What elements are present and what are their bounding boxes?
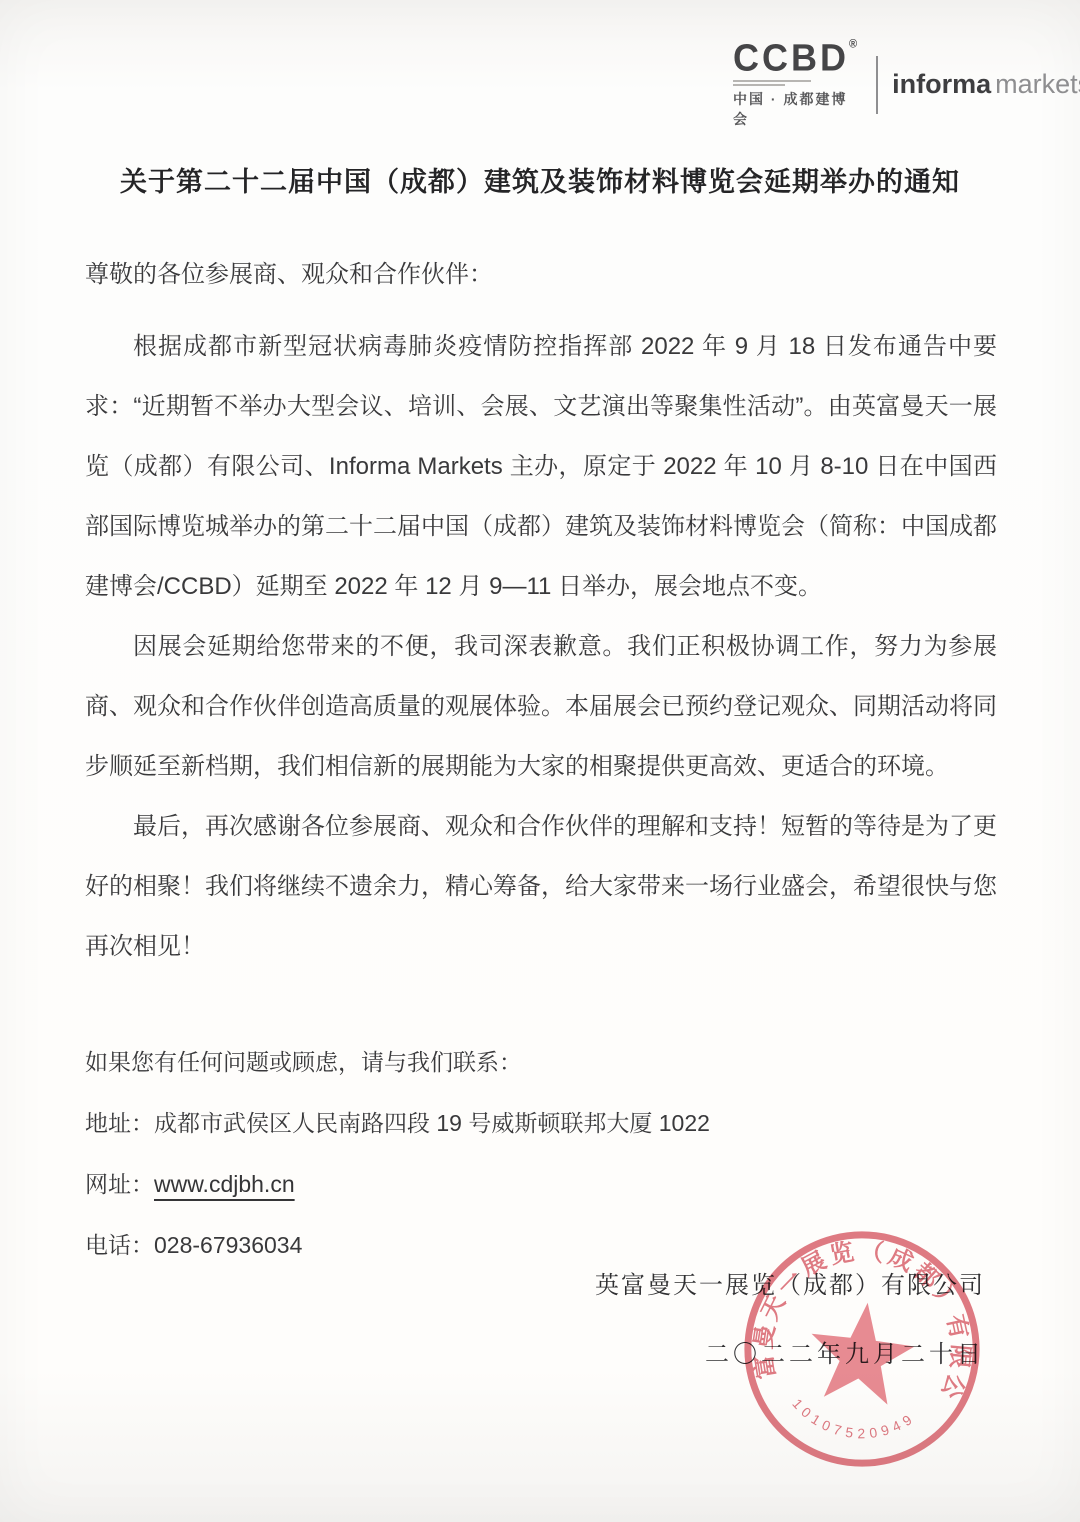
website-link[interactable]: www.cdjbh.cn [154, 1171, 295, 1197]
registered-mark: ® [849, 38, 860, 51]
informa-wordmark: informa [892, 69, 991, 99]
salutation: 尊敬的各位参展商、观众和合作伙伴： [85, 245, 997, 305]
address-label: 地址： [85, 1110, 154, 1136]
letter-body: 尊敬的各位参展商、观众和合作伙伴： 根据成都市新型冠状病毒肺炎疫情防控指挥部 2… [85, 245, 997, 1276]
notice-title: 关于第二十二届中国（成都）建筑及装饰材料博览会延期举办的通知 [0, 160, 1080, 199]
ccbd-subtext-bar [733, 84, 785, 86]
ccbd-text: CCBD [733, 36, 849, 79]
company-seal-stamp: 英富曼天一展览（成都）有限公司 5101075209494 [718, 1205, 1006, 1493]
markets-wordmark: markets [995, 69, 1080, 99]
ccbd-logo: CCBD® 中国 · 成都建博会 [733, 40, 860, 129]
informa-markets-logo: informamarkets [892, 69, 1080, 100]
contact-website: 网址：www.cdjbh.cn [85, 1154, 997, 1215]
contact-address: 地址：成都市武侯区人民南路四段 19 号威斯顿联邦大厦 1022 [85, 1093, 997, 1154]
header-logo: CCBD® 中国 · 成都建博会 informamarkets [733, 40, 1080, 129]
phone-value: 028-67936034 [154, 1232, 302, 1258]
phone-label: 电话： [85, 1232, 154, 1258]
website-label: 网址： [85, 1171, 154, 1197]
seal-graphic: 英富曼天一展览（成都）有限公司 5101075209494 [718, 1205, 1006, 1493]
contact-intro: 如果您有任何问题或顾虑，请与我们联系： [85, 1032, 997, 1093]
notice-letter-page: CCBD® 中国 · 成都建博会 informamarkets 关于第二十二届中… [0, 0, 1080, 1522]
ccbd-wordmark: CCBD® [733, 39, 860, 77]
paragraph-thanks: 最后，再次感谢各位参展商、观众和合作伙伴的理解和支持！短暂的等待是为了更好的相聚… [85, 797, 997, 977]
paragraph-apology: 因展会延期给您带来的不便，我司深表歉意。我们正积极协调工作，努力为参展商、观众和… [85, 617, 997, 797]
ccbd-subtext-bars [733, 80, 860, 86]
paragraph-postponement-announcement: 根据成都市新型冠状病毒肺炎疫情防控指挥部 2022 年 9 月 18 日发布通告… [85, 317, 997, 617]
ccbd-subtext-bar [733, 80, 811, 82]
logo-divider [876, 56, 878, 114]
address-value: 成都市武侯区人民南路四段 19 号威斯顿联邦大厦 1022 [154, 1110, 710, 1136]
ccbd-chinese-name: 中国 · 成都建博会 [733, 89, 860, 129]
star-icon [804, 1296, 919, 1407]
